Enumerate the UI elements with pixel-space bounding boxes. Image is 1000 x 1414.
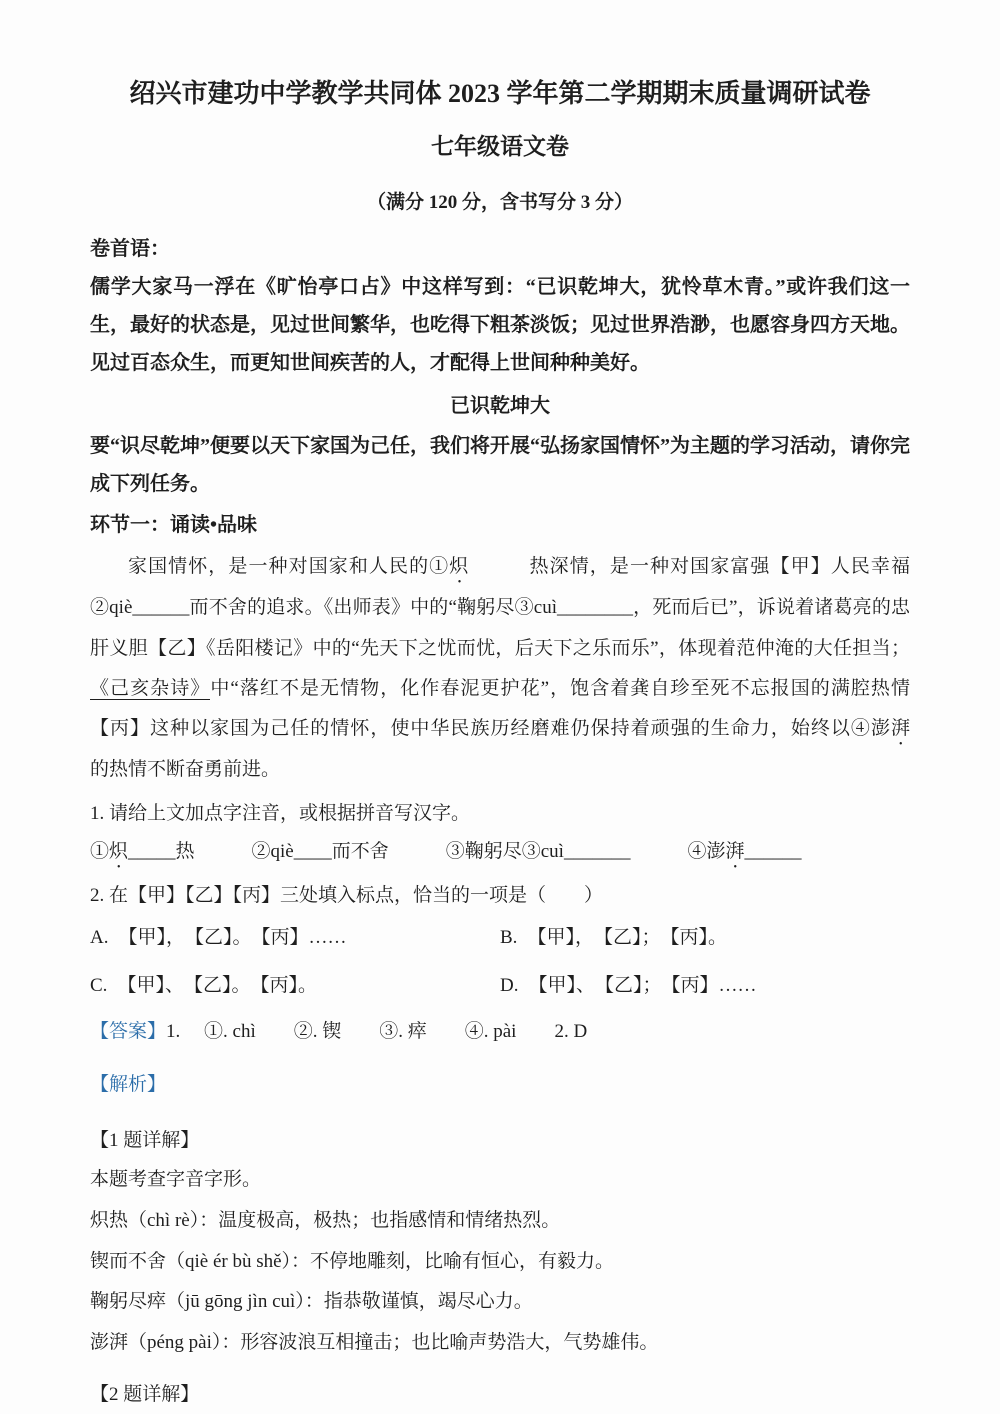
option-b-text: 【甲】， 【乙】； 【丙】。 xyxy=(527,927,727,948)
blank-segment: ______ xyxy=(744,841,801,862)
spacer xyxy=(90,1116,910,1128)
option-d-label: D. xyxy=(500,975,518,996)
passage-segment: 中“落红不是无情物，化作春泥更护花”，饱含着龚自珍至死不忘报国的满腔热情【丙】这… xyxy=(90,678,910,739)
detail-2-heading: 【2 题详解】 xyxy=(90,1382,910,1409)
passage: 家国情怀，是一种对国家和人民的①炽 热深情，是一种对国家富强【甲】人民幸福②qi… xyxy=(90,547,910,790)
answer-line: 【答案】1. ①. chì ②. 锲 ③. 瘁 ④. pài 2. D xyxy=(90,1019,910,1046)
option-b-label: B. xyxy=(500,927,517,948)
question-1-stem: 1. 请给上文加点字注音，或根据拼音写汉字。 xyxy=(90,795,910,834)
blank-segment-dotted-char: 炽 xyxy=(109,841,128,862)
exam-subtitle: 七年级语文卷 xyxy=(90,128,910,161)
option-c-text: 【甲】、 【乙】。 【丙】。 xyxy=(117,975,317,996)
question-1-blanks: ①炽_____热 ②qiè____而不舍 ③鞠躬尽③cuì_______ ④澎湃… xyxy=(90,833,910,873)
explanation-line: 澎湃（péng pài）：形容波浪互相撞击；也比喻声势浩大，气势雄伟。 xyxy=(90,1330,910,1357)
blank-segment-dotted-char: 湃 xyxy=(725,841,744,862)
explanation-line: 鞠躬尽瘁（jū gōng jìn cuì）：指恭敬谨慎，竭尽心力。 xyxy=(90,1289,910,1316)
exam-paper-page: 绍兴市建功中学教学共同体 2023 学年第二学期期末质量调研试卷 七年级语文卷 … xyxy=(0,0,1000,1414)
passage-segment-underlined-title: 《己亥杂诗》 xyxy=(90,678,210,700)
preface-label: 卷首语： xyxy=(90,231,910,268)
motto-heading: 已识乾坤大 xyxy=(90,387,910,425)
question-2-options: A.【甲】， 【乙】。 【丙】…… B.【甲】， 【乙】； 【丙】。 C.【甲】… xyxy=(90,925,910,998)
option-a: A.【甲】， 【乙】。 【丙】…… xyxy=(90,925,500,951)
question-2-stem: 2. 在【甲】【乙】【丙】三处填入标点，恰当的一项是（ ） xyxy=(90,877,910,916)
explanation-line: 炽热（chì rè）：温度极高，极热；也指感情和情绪热烈。 xyxy=(90,1208,910,1235)
explanation-line: 本题考查字音字形。 xyxy=(90,1167,910,1194)
analysis-label: 【解析】 xyxy=(90,1072,910,1099)
detail-1-heading: 【1 题详解】 xyxy=(90,1128,910,1155)
section-heading: 环节一：诵读•品味 xyxy=(90,506,910,544)
option-a-label: A. xyxy=(90,927,108,948)
preface-body: 儒学大家马一浮在《旷怡亭口占》中这样写到：“已识乾坤大，犹怜草木青。”或许我们这… xyxy=(90,268,910,383)
spacer xyxy=(90,1370,910,1382)
option-d-text: 【甲】、 【乙】； 【丙】…… xyxy=(528,975,756,996)
passage-segment: 家国情怀，是一种对国家和人民的① xyxy=(128,556,449,577)
score-note: （满分 120 分，含书写分 3 分） xyxy=(90,187,910,214)
answer-text: 1. ①. chì ②. 锲 ③. 瘁 ④. pài 2. D xyxy=(166,1021,587,1042)
option-d: D.【甲】、 【乙】； 【丙】…… xyxy=(500,973,910,999)
explanation-line: 锲而不舍（qiè ér bù shě）：不停地雕刻，比喻有恒心，有毅力。 xyxy=(90,1249,910,1276)
passage-segment-dotted-char: 湃 xyxy=(891,718,910,739)
exam-title: 绍兴市建功中学教学共同体 2023 学年第二学期期末质量调研试卷 xyxy=(90,78,910,111)
spacer xyxy=(90,1062,910,1072)
task-intro: 要“识尽乾坤”便要以天下家国为己任，我们将开展“弘扬家国情怀”为主题的学习活动，… xyxy=(90,427,910,504)
option-c-label: C. xyxy=(90,975,107,996)
passage-segment-dotted-char: 炽 xyxy=(449,556,469,577)
blank-segment: ① xyxy=(90,841,109,862)
answer-label: 【答案】 xyxy=(90,1021,166,1042)
option-b: B.【甲】， 【乙】； 【丙】。 xyxy=(500,925,910,951)
blank-segment: _____热 ②qiè____而不舍 ③鞠躬尽③cuì_______ ④澎 xyxy=(128,841,725,862)
option-a-text: 【甲】， 【乙】。 【丙】…… xyxy=(118,927,346,948)
option-c: C.【甲】、 【乙】。 【丙】。 xyxy=(90,973,500,999)
